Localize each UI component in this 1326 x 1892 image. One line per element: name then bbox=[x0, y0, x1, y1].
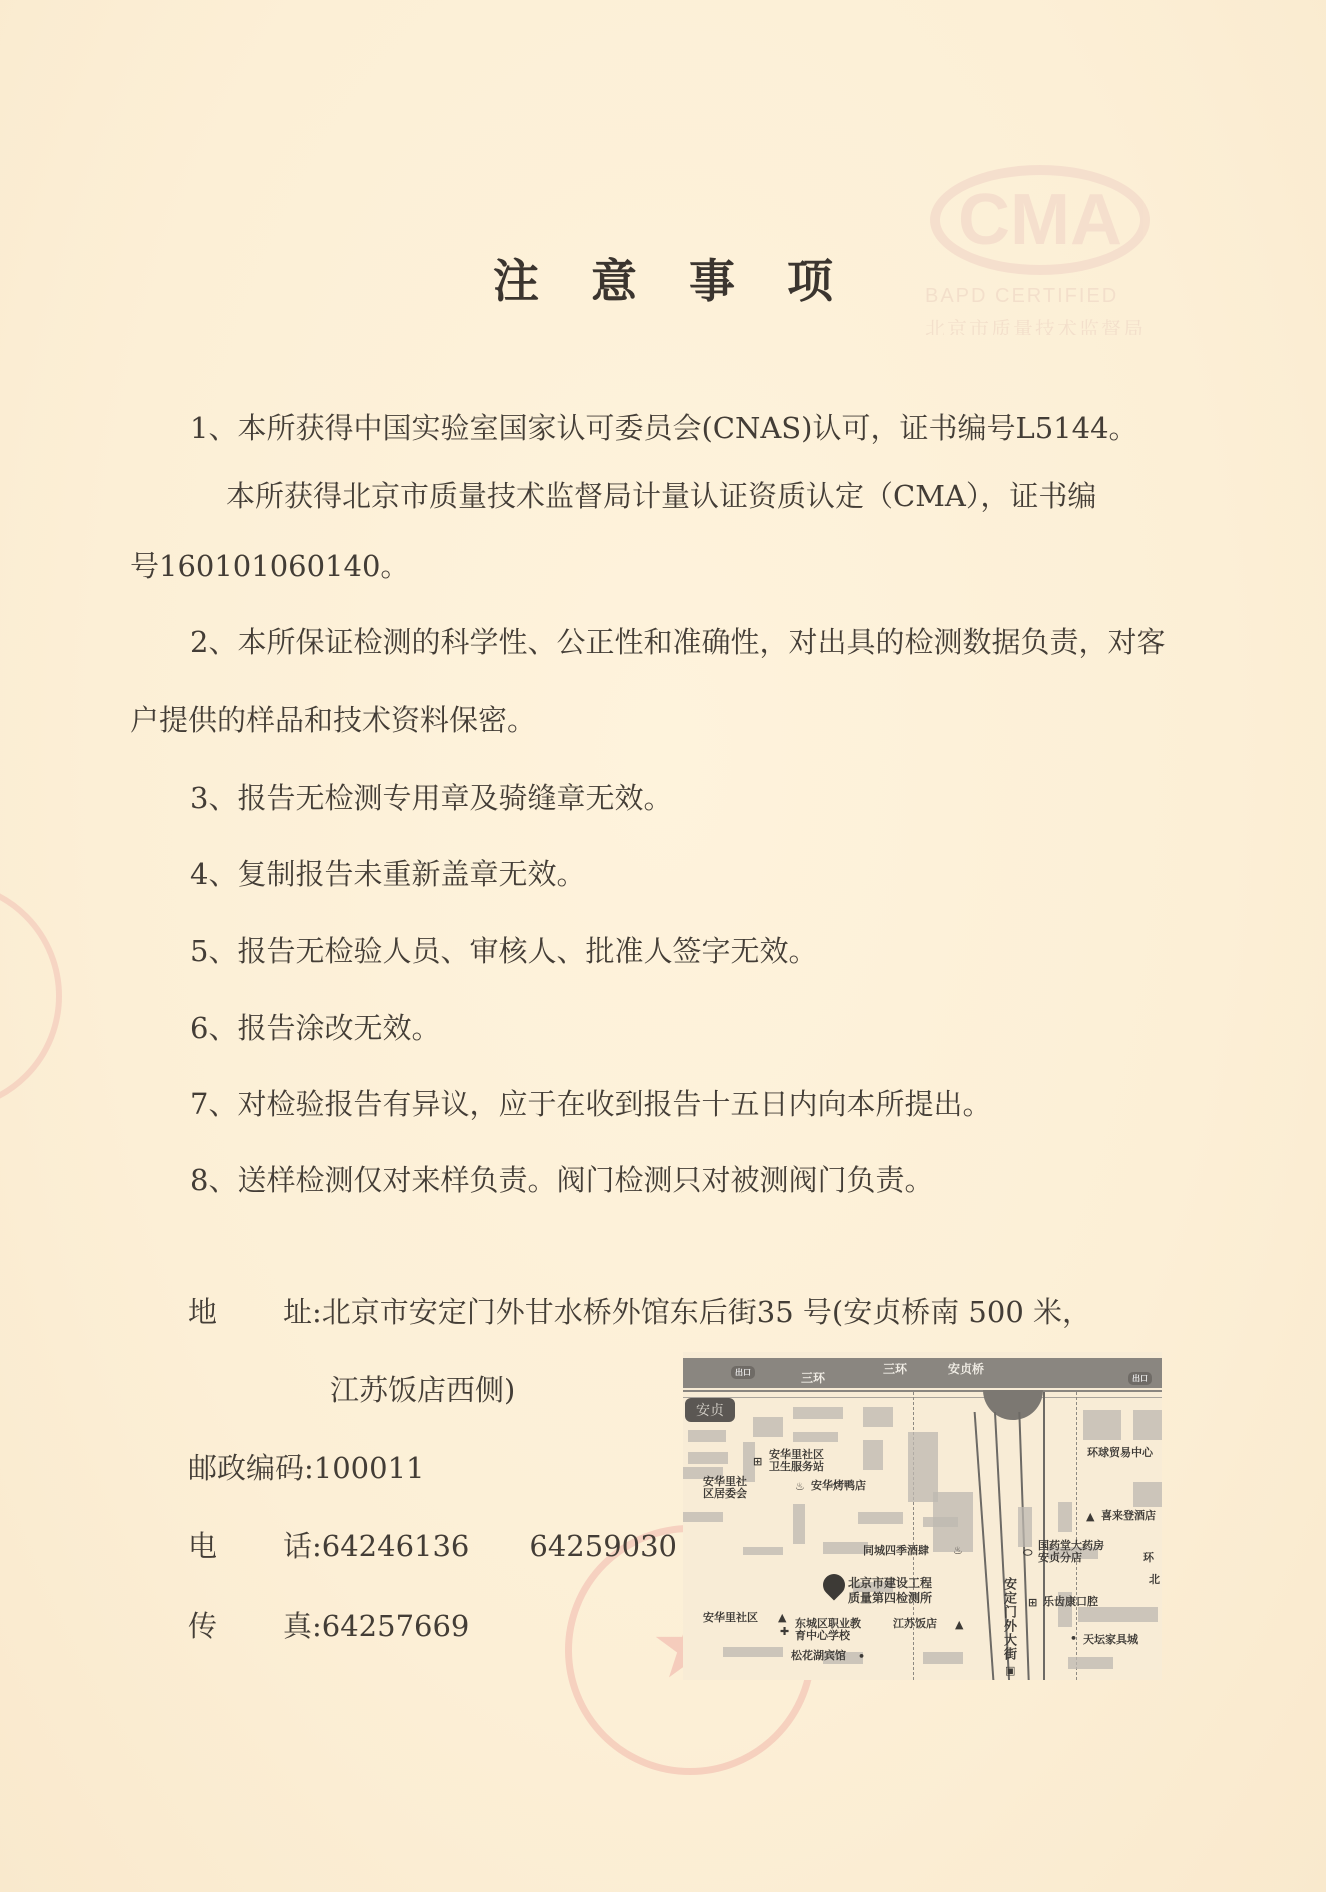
address-label-b: 址: bbox=[283, 1295, 322, 1329]
address-line-1: 地址:北京市安定门外甘水桥外馆东后街35 号(安贞桥南 500 米， bbox=[188, 1290, 1091, 1331]
subway-exit-icon: ▣ bbox=[1005, 1664, 1015, 1677]
poi-tiantan: 天坛家具城 bbox=[1083, 1634, 1138, 1646]
map-block bbox=[793, 1407, 843, 1419]
phone-label-b: 话: bbox=[283, 1529, 322, 1563]
map-block bbox=[1058, 1502, 1072, 1532]
exit-badge-left: 出口 bbox=[731, 1366, 755, 1379]
subway-station-anzhen: 安贞 bbox=[685, 1398, 735, 1422]
map-block bbox=[1068, 1657, 1113, 1669]
notice-item-8: 8、送样检测仅对来样负责。阀门检测只对被测阀门负责。 bbox=[190, 1166, 933, 1195]
map-block bbox=[823, 1542, 868, 1554]
poi-global-trade: 环球贸易中心 bbox=[1087, 1447, 1153, 1459]
poi-anhuali-health: 安华里社区 卫生服务站 bbox=[769, 1449, 824, 1473]
poi-jiangsu-hotel: 江苏饭店 bbox=[893, 1618, 937, 1630]
map-block bbox=[723, 1647, 783, 1657]
notice-item-2-line-2: 户提供的样品和技术资料保密。 bbox=[130, 706, 536, 735]
phone-label-a: 电 bbox=[188, 1524, 283, 1565]
poi-dot-icon: • bbox=[858, 1650, 865, 1663]
notice-item-3: 3、报告无检测专用章及骑缝章无效。 bbox=[190, 784, 672, 813]
fax-row: 传真:64257669 bbox=[188, 1604, 469, 1645]
poi-anhuali-committee: 安华里社 区居委会 bbox=[703, 1476, 747, 1500]
map-block bbox=[1133, 1410, 1162, 1440]
map-block bbox=[1133, 1482, 1162, 1507]
title-char: 事 bbox=[689, 245, 735, 311]
clinic-icon: ⊞ bbox=[753, 1455, 762, 1468]
map-block bbox=[923, 1652, 963, 1664]
road-label-anzhenqiao: 安贞桥 bbox=[948, 1363, 984, 1376]
street-label-andingmenwai: 安定门外大街 bbox=[999, 1577, 1018, 1661]
notice-item-1-line-3: 号160101060140。 bbox=[130, 552, 409, 581]
poi-dot-icon: • bbox=[1070, 1632, 1077, 1645]
notice-item-1-line-2: 本所获得北京市质量技术监督局计量认证资质认定（CMA），证书编 bbox=[226, 482, 1096, 511]
notice-item-2-line-1: 2、本所保证检测的科学性、公正性和准确性，对出具的检测数据负责，对客 bbox=[190, 628, 1165, 657]
road-line bbox=[974, 1412, 995, 1680]
phone-2: 64259030 bbox=[529, 1529, 677, 1563]
postcode-label: 邮政编码: bbox=[188, 1451, 314, 1485]
address-label-a: 地 bbox=[188, 1290, 283, 1331]
notice-item-5: 5、报告无检验人员、审核人、批准人签字无效。 bbox=[190, 937, 817, 966]
poi-huan-edge: 环 bbox=[1143, 1552, 1154, 1564]
exit-badge-right: 出口 bbox=[1128, 1372, 1152, 1385]
address-value: 北京市安定门外甘水桥外馆东后街35 号(安贞桥南 500 米， bbox=[322, 1295, 1091, 1329]
poi-dental: 乐齿康口腔 bbox=[1043, 1596, 1098, 1608]
hotel-icon: ▲ bbox=[1086, 1510, 1094, 1523]
title-char: 意 bbox=[591, 245, 637, 311]
notice-item-7: 7、对检验报告有异议，应于在收到报告十五日内向本所提出。 bbox=[190, 1090, 991, 1119]
poi-songhuahu: 松花湖宾馆 bbox=[791, 1650, 846, 1662]
map-block bbox=[863, 1407, 893, 1427]
restaurant-icon: ♨ bbox=[795, 1480, 805, 1493]
hotel-icon: ▲ bbox=[955, 1618, 963, 1631]
interchange bbox=[983, 1390, 1043, 1420]
school-icon: ✚ bbox=[780, 1625, 789, 1638]
postcode-value: 100011 bbox=[314, 1451, 425, 1485]
fax-label-b: 真: bbox=[283, 1609, 322, 1643]
address-line-2: 江苏饭店西侧) bbox=[330, 1368, 515, 1409]
poi-vocational: 东城区职业教 育中心学校 bbox=[795, 1618, 861, 1642]
map-block bbox=[933, 1492, 973, 1552]
notice-item-4: 4、复制报告未重新盖章无效。 bbox=[190, 860, 585, 889]
map-block bbox=[863, 1440, 883, 1470]
phone-1: 64246136 bbox=[322, 1529, 470, 1563]
postcode-row: 邮政编码:100011 bbox=[188, 1446, 425, 1487]
document-page: CMA BAPD CERTIFIED 北京市质量技术监督局 ★ 注意事项 1、本… bbox=[0, 0, 1326, 1892]
phone-row: 电话:6424613664259030 bbox=[188, 1524, 677, 1565]
fax-label-a: 传 bbox=[188, 1604, 283, 1645]
map-block bbox=[1083, 1410, 1121, 1440]
road-line bbox=[1043, 1392, 1045, 1680]
location-map: 出口 出口 三环 三环 安贞桥 安贞 bbox=[683, 1352, 1162, 1680]
road-label-sanhuan-2: 三环 bbox=[883, 1363, 907, 1376]
map-block bbox=[1078, 1607, 1158, 1622]
watermark-line-2: 北京市质量技术监督局 bbox=[925, 313, 1150, 335]
poi-anhua-duck: 安华烤鸭店 bbox=[811, 1480, 866, 1492]
red-seal-left-icon bbox=[0, 880, 62, 1112]
restaurant-icon: ♨ bbox=[953, 1544, 963, 1557]
map-block bbox=[858, 1512, 903, 1524]
poi-pharmacy: 国药堂大药房安贞分店 bbox=[1038, 1540, 1113, 1564]
title-char: 注 bbox=[493, 245, 539, 311]
map-block bbox=[793, 1504, 805, 1544]
ring-road-ramp bbox=[683, 1390, 1162, 1398]
fax-value: 64257669 bbox=[322, 1609, 470, 1643]
poi-target-line-1: 北京市建设工程 bbox=[848, 1577, 932, 1590]
map-block bbox=[1018, 1507, 1032, 1547]
map-block bbox=[683, 1512, 723, 1522]
poi-target-line-2: 质量第四检测所 bbox=[848, 1592, 932, 1605]
poi-anhuali-community: 安华里社区 bbox=[703, 1612, 758, 1624]
notice-item-1-line-1: 1、本所获得中国实验室国家认可委员会(CNAS)认可，证书编号L5144。 bbox=[190, 414, 1138, 443]
map-block bbox=[793, 1432, 838, 1442]
poi-xilai: 喜来登酒店 bbox=[1101, 1510, 1156, 1522]
hotel-icon: ▲ bbox=[778, 1611, 786, 1624]
poi-bei-edge: 北 bbox=[1149, 1574, 1160, 1586]
notice-item-6: 6、报告涂改无效。 bbox=[190, 1014, 440, 1043]
map-block bbox=[753, 1417, 783, 1437]
poi-tongcheng: 同城四季酒肆 bbox=[863, 1545, 929, 1557]
map-block bbox=[688, 1430, 726, 1442]
pharmacy-icon: ⬭ bbox=[1023, 1546, 1032, 1560]
road-label-sanhuan-1: 三环 bbox=[801, 1372, 825, 1385]
map-block bbox=[688, 1452, 728, 1464]
clinic-icon: ⊞ bbox=[1028, 1596, 1037, 1609]
map-block bbox=[743, 1547, 783, 1555]
page-title: 注意事项 bbox=[0, 245, 1326, 311]
target-location-pin-icon bbox=[818, 1569, 849, 1600]
title-char: 项 bbox=[787, 245, 833, 311]
